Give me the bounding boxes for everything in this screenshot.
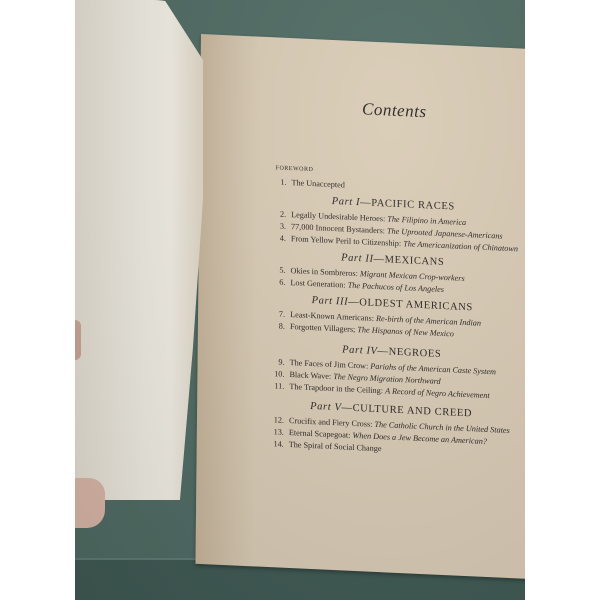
curled-left-page [75, 0, 203, 500]
toc-row: 2.Legally Undesirable Heroes: The Filipi… [274, 209, 525, 231]
toc-row: 3.77,000 Innocent Bystanders: The Uproot… [274, 221, 525, 243]
toc-row: 12.Crucifix and Fiery Cross: The Catholi… [272, 415, 525, 437]
toc-row: 7.Least-Known Americans: Re-birth of the… [273, 309, 525, 331]
toc-row: 9.The Faces of Jim Crow: Pariahs of the … [273, 357, 525, 379]
toc-row: 13.Eternal Scapegoat: When Does a Jew Be… [272, 427, 525, 449]
toc-row: 1.The Unaccepted [274, 177, 525, 199]
thumb [75, 478, 105, 528]
toc-row: 8.Forgotten Villagers; The Hispanos of N… [273, 321, 525, 343]
page-title: Contents [200, 92, 525, 130]
part-heading: Part I—PACIFIC RACES [199, 190, 525, 219]
part-heading: Part V—CULTURE AND CREED [197, 396, 525, 425]
toc-row: 14.The Spiral of Social Change [272, 439, 525, 461]
toc-content: Contents FOREWORD v 1.The Unaccepted 1 P… [195, 34, 525, 581]
foreword-label: FOREWORD [276, 165, 314, 173]
toc-row: 5.Okies in Sombreros: Migrant Mexican Cr… [274, 265, 525, 287]
table-ledge [75, 558, 525, 600]
toc-row: 6.Lost Generation: The Pachucos of Los A… [273, 277, 525, 299]
toc-row: 11.The Trapdoor in the Ceiling: A Record… [272, 381, 525, 403]
part-heading: Part IV—NEGROES [198, 338, 525, 367]
book-photo: Contents FOREWORD v 1.The Unaccepted 1 P… [75, 0, 525, 600]
toc-row: 4.From Yellow Peril to Citizenship: The … [274, 233, 525, 255]
part-heading: Part III—OLDEST AMERICANS [198, 290, 525, 319]
part-heading: Part II—MEXICANS [199, 246, 525, 275]
finger [75, 320, 81, 360]
toc-row: 10.Black Wave: The Negro Migration North… [272, 369, 525, 391]
contents-page: Contents FOREWORD v 1.The Unaccepted 1 P… [195, 34, 525, 581]
